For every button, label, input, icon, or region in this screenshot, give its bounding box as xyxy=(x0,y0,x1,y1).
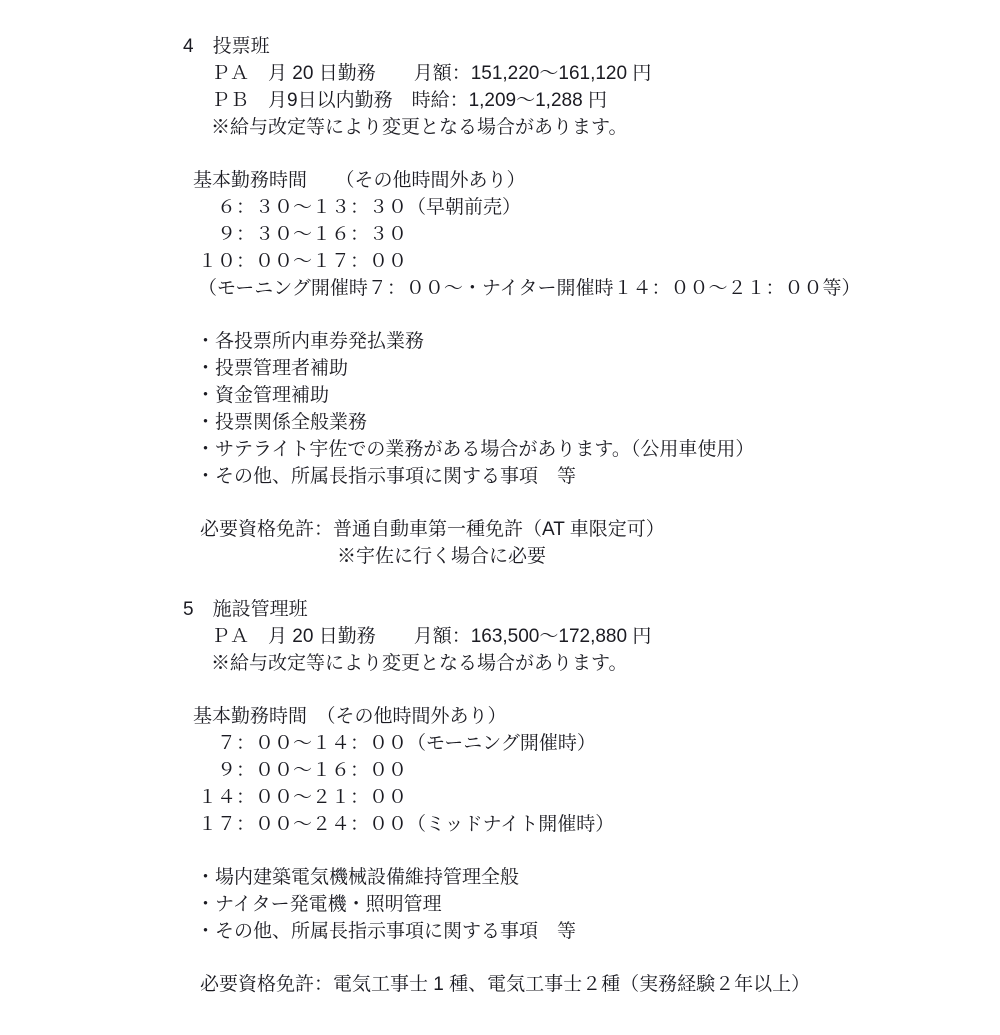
document-page: 4 投票班 ＰＡ 月 20 日勤務 月額：151,220～161,120 円 Ｐ… xyxy=(0,0,1000,1035)
section-4-hours-line: （モーニング開催時７：００～・ナイター開催時１４：００～２１：００等） xyxy=(0,275,1000,302)
section-5-header-block: 5 施設管理班 ＰＡ 月 20 日勤務 月額：163,500～172,880 円… xyxy=(0,596,1000,677)
section-5-hours-block: 基本勤務時間 （その他時間外あり） ７：００～１４：００（モーニング開催時） ９… xyxy=(0,703,1000,838)
section-4-duties-block: ・各投票所内車券発払業務 ・投票管理者補助 ・資金管理補助 ・投票関係全般業務 … xyxy=(0,328,1000,490)
duty-item: ・ナイター発電機・照明管理 xyxy=(0,891,1000,918)
section-4-salary-note: ※給与改定等により変更となる場合があります。 xyxy=(0,114,1000,141)
section-4-pay-pa: ＰＡ 月 20 日勤務 月額：151,220～161,120 円 xyxy=(0,60,1000,87)
section-4-header-block: 4 投票班 ＰＡ 月 20 日勤務 月額：151,220～161,120 円 Ｐ… xyxy=(0,33,1000,141)
duty-item: ・投票関係全般業務 xyxy=(0,409,1000,436)
section-5-required-license: 必要資格免許：電気工事士 1 種、電気工事士２種（実務経験２年以上） xyxy=(0,971,1000,998)
duty-item: ・資金管理補助 xyxy=(0,382,1000,409)
section-5-license-block: 必要資格免許：電気工事士 1 種、電気工事士２種（実務経験２年以上） xyxy=(0,971,1000,998)
section-5-hours-line: １７：００～２４：００（ミッドナイト開催時） xyxy=(0,811,1000,838)
section-5-pay-pa: ＰＡ 月 20 日勤務 月額：163,500～172,880 円 xyxy=(0,623,1000,650)
section-5-hours-title: 基本勤務時間 （その他時間外あり） xyxy=(0,703,1000,730)
section-4-license-note: ※宇佐に行く場合に必要 xyxy=(0,543,1000,570)
section-5-heading: 5 施設管理班 xyxy=(0,596,1000,623)
duty-item: ・場内建築電気機械設備維持管理全般 xyxy=(0,864,1000,891)
section-5-hours-line: ７：００～１４：００（モーニング開催時） xyxy=(0,730,1000,757)
section-5-salary-note: ※給与改定等により変更となる場合があります。 xyxy=(0,650,1000,677)
duty-item: ・投票管理者補助 xyxy=(0,355,1000,382)
section-4-license-block: 必要資格免許：普通自動車第一種免許（AT 車限定可） ※宇佐に行く場合に必要 xyxy=(0,516,1000,570)
duty-item: ・サテライト宇佐での業務がある場合があります。（公用車使用） xyxy=(0,436,1000,463)
duty-item: ・各投票所内車券発払業務 xyxy=(0,328,1000,355)
duty-item: ・その他、所属長指示事項に関する事項 等 xyxy=(0,918,1000,945)
section-4-hours-line: ６：３０～１３：３０（早朝前売） xyxy=(0,194,1000,221)
section-4-heading: 4 投票班 xyxy=(0,33,1000,60)
section-5-hours-line: ９：００～１６：００ xyxy=(0,757,1000,784)
section-4-required-license: 必要資格免許：普通自動車第一種免許（AT 車限定可） xyxy=(0,516,1000,543)
duty-item: ・その他、所属長指示事項に関する事項 等 xyxy=(0,463,1000,490)
section-5-duties-block: ・場内建築電気機械設備維持管理全般 ・ナイター発電機・照明管理 ・その他、所属長… xyxy=(0,864,1000,945)
section-4-hours-title: 基本勤務時間 （その他時間外あり） xyxy=(0,167,1000,194)
section-4-pay-pb: ＰＢ 月9日以内勤務 時給：1,209～1,288 円 xyxy=(0,87,1000,114)
section-4-hours-block: 基本勤務時間 （その他時間外あり） ６：３０～１３：３０（早朝前売） ９：３０～… xyxy=(0,167,1000,302)
section-4-hours-line: １０：００～１７：００ xyxy=(0,248,1000,275)
section-5-hours-line: １４：００～２１：００ xyxy=(0,784,1000,811)
section-4-hours-line: ９：３０～１６：３０ xyxy=(0,221,1000,248)
